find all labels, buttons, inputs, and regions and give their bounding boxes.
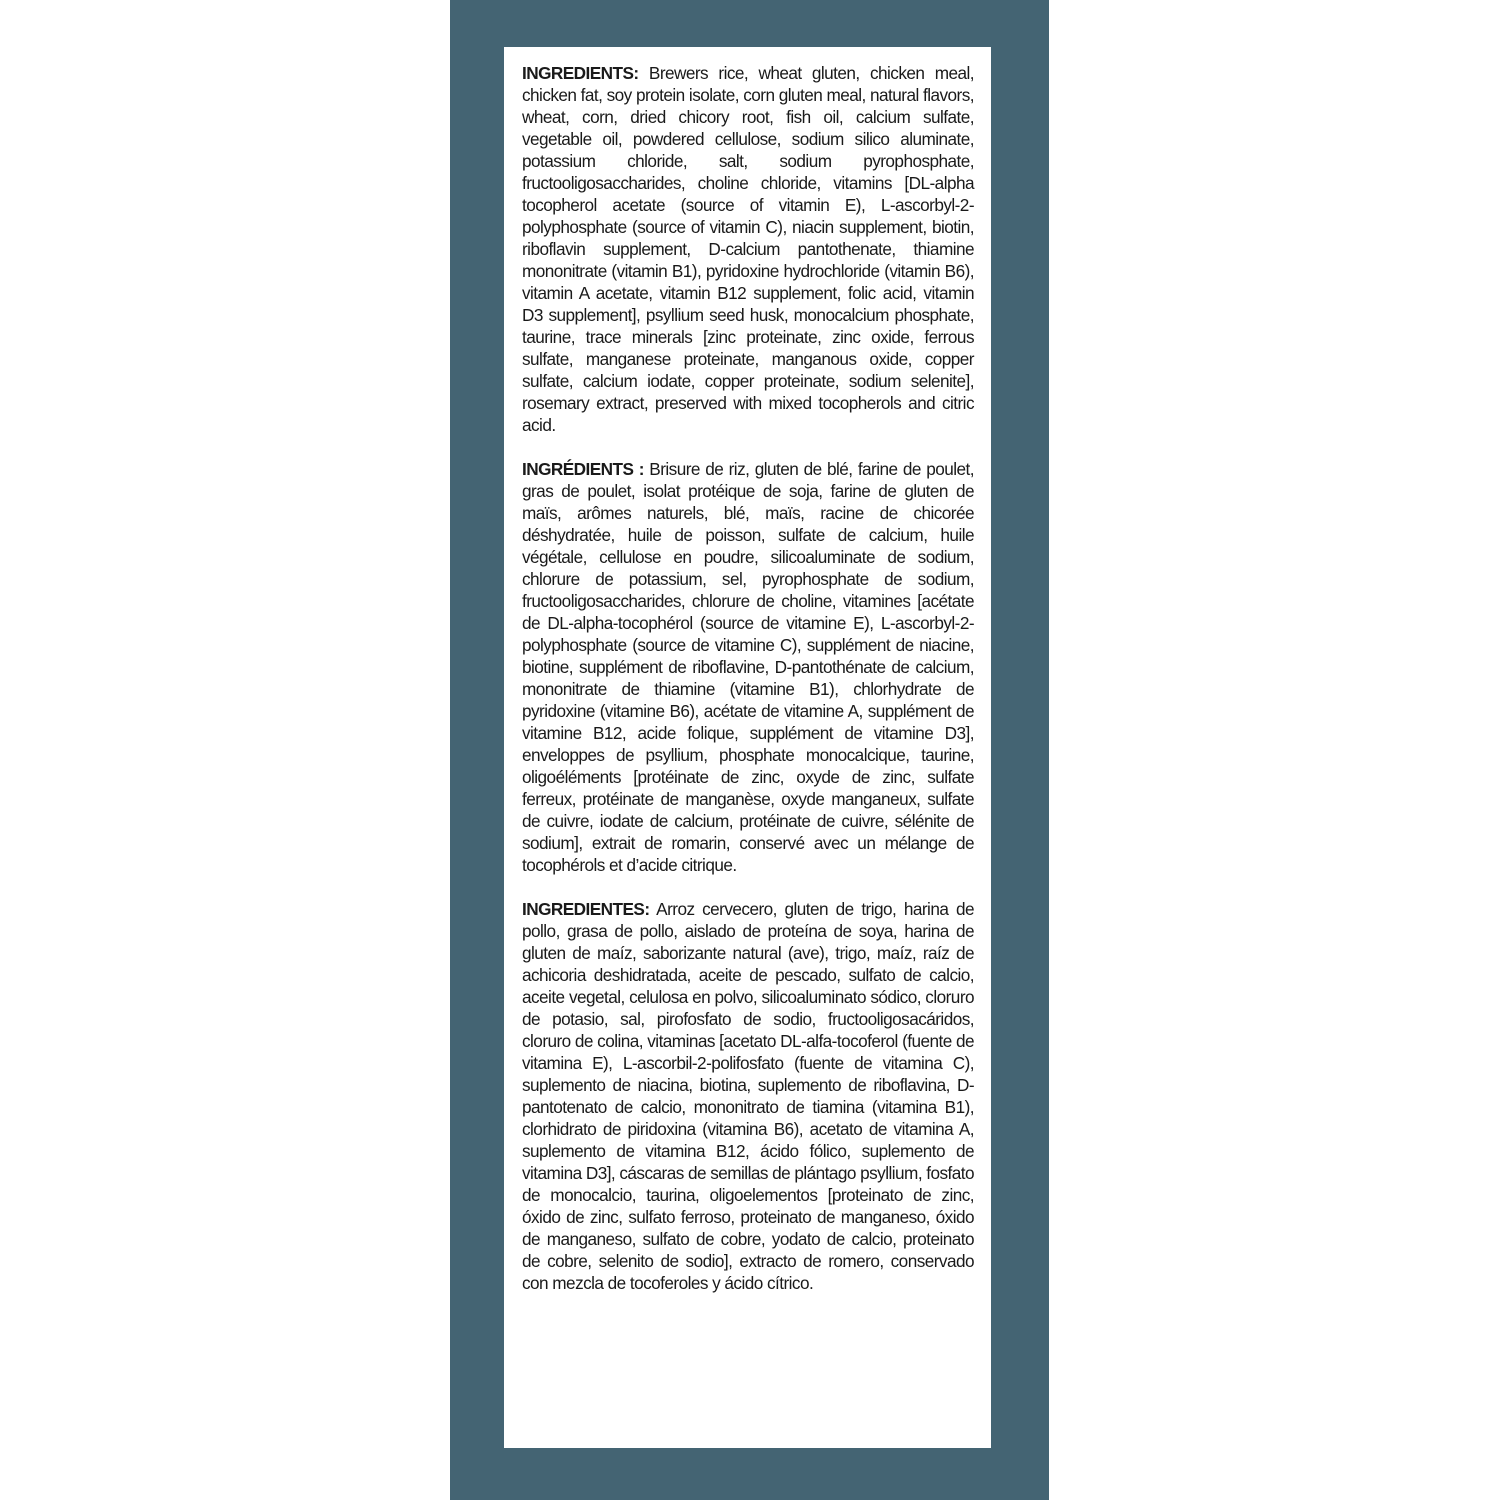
ingredients-english-label: INGREDIENTS: [522,63,639,83]
ingredients-english-text: Brewers rice, wheat gluten, chicken meal… [522,63,974,435]
ingredients-spanish: INGREDIENTES: Arroz cervecero, gluten de… [522,898,974,1294]
ingredients-french-text: Brisure de riz, gluten de blé, farine de… [522,459,974,875]
label-background-panel: INGREDIENTS: Brewers rice, wheat gluten,… [450,0,1049,1500]
ingredients-french-label: INGRÉDIENTS : [522,459,644,479]
ingredients-spanish-label: INGREDIENTES: [522,899,650,919]
ingredients-card: INGREDIENTS: Brewers rice, wheat gluten,… [504,47,991,1448]
ingredients-spanish-text: Arroz cervecero, gluten de trigo, harina… [522,899,974,1293]
ingredients-english: INGREDIENTS: Brewers rice, wheat gluten,… [522,62,974,436]
ingredients-french: INGRÉDIENTS : Brisure de riz, gluten de … [522,458,974,876]
